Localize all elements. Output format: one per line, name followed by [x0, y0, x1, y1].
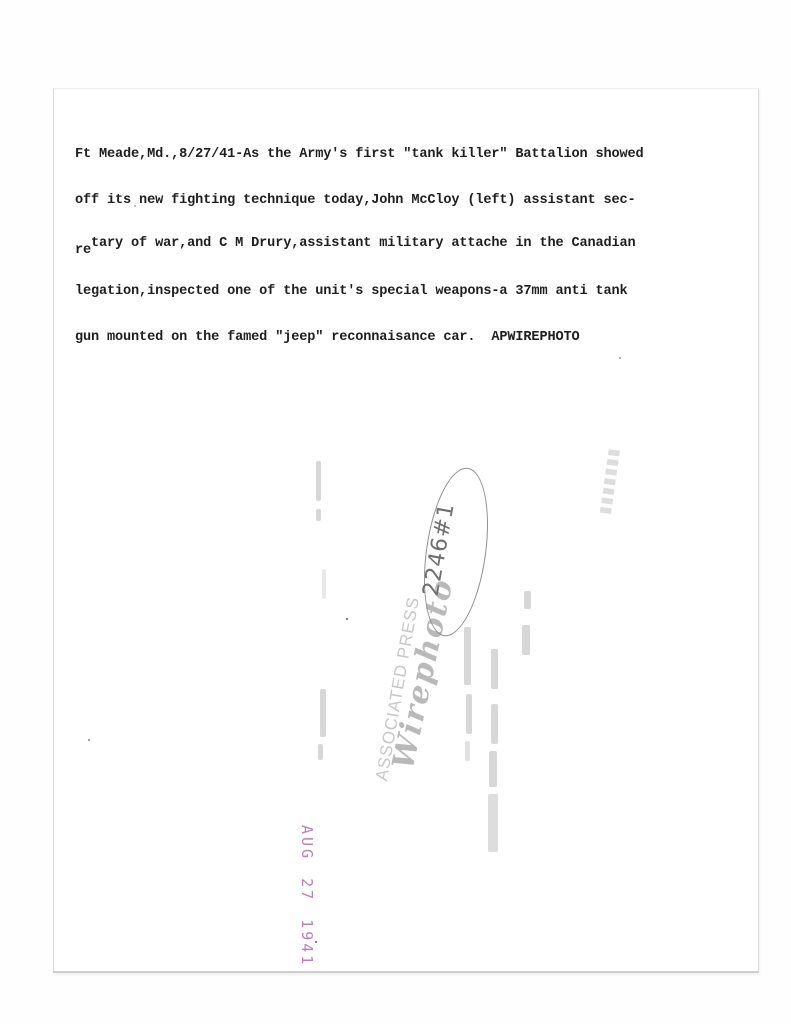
stamp-smudge [491, 649, 498, 689]
speck [315, 941, 317, 943]
date-received-stamp: AUG 27 1941 [298, 825, 316, 967]
stamp-smudge [522, 625, 530, 655]
stamp-smudge [318, 744, 323, 760]
associated-press-stamp: ASSOCIATED PRESS [372, 595, 424, 782]
circled-number-oval [414, 464, 497, 641]
typed-caption: Ft Meade,Md.,8/27/41-As the Army's first… [75, 117, 765, 375]
handwritten-number-text: 2246#1 [419, 501, 460, 598]
stamp-smudge [466, 694, 472, 734]
wirephoto-stamp: Wirephoto [386, 575, 461, 772]
caption-line-1: Ft Meade,Md.,8/27/41-As the Army's first… [75, 147, 765, 162]
stamp-smudge [488, 794, 498, 852]
stamp-smudge [489, 751, 497, 787]
stamp-smudge [464, 627, 471, 685]
photo-card-back: Ft Meade,Md.,8/27/41-As the Army's first… [53, 88, 759, 973]
stamp-smudge [320, 689, 326, 737]
stamp-smudge [491, 704, 498, 744]
caption-line-4: legation,inspected one of the unit's spe… [75, 284, 765, 299]
stamp-smudge [316, 509, 321, 521]
stamp-smudge [316, 461, 321, 501]
stamp-smudge [524, 591, 531, 609]
caption-line-5: gun mounted on the famed "jeep" reconnai… [75, 330, 765, 345]
caption-line-3-prefix: re [75, 243, 91, 258]
caption-line-3: retary of war,and C M Drury,assistant mi… [75, 239, 765, 254]
faint-archive-stamp: ▮▮▮▮▮▮▮ [596, 446, 622, 516]
speck [346, 618, 348, 620]
caption-line-2: off its new fighting technique today,Joh… [75, 193, 765, 208]
speck [88, 739, 90, 741]
caption-line-3-text: tary of war,and C M Drury,assistant mili… [91, 236, 636, 251]
stamp-smudge [465, 741, 470, 761]
handwritten-number: 2246#1 [426, 467, 496, 637]
stamp-smudge [322, 569, 326, 599]
